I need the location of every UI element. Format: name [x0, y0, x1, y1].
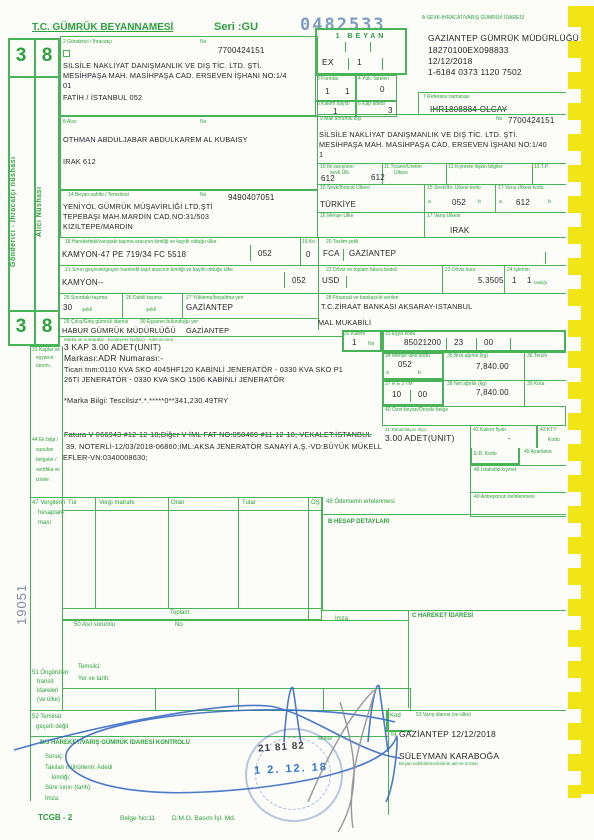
box25-value: 30	[63, 303, 72, 312]
box32-label2: No	[368, 342, 374, 348]
box31-line4: 26TI JENERATÖR - 0330 KVA SKO 1506 KABİN…	[64, 376, 284, 384]
box44-label1: 44 Ek bilgi /	[32, 438, 58, 444]
box9-line3: 1	[319, 151, 323, 159]
row21-topline	[60, 265, 566, 266]
box2-no-label: No	[200, 40, 206, 46]
box47-col-tutar: Tutar	[242, 500, 256, 507]
boxDJ-sonuc: Sonuç:	[45, 754, 64, 761]
box25-label: 25 Sınırdaki taşıma	[64, 296, 107, 302]
box18-country-div	[250, 245, 251, 261]
box42-value: -	[508, 434, 511, 443]
box33-div3	[510, 338, 511, 350]
box33-value1: 85021200	[404, 338, 441, 347]
copy-label-exporter: Gönderici - İhracatçı nüshası	[10, 86, 32, 338]
box41-value: 3.00 ADET(UNIT)	[385, 434, 455, 444]
box14-line3: KIZILTEPE/MARDİN	[63, 223, 133, 231]
boxA-label: A SEVK-İHRACAT/VARIŞ GÜMRÜK İDARESİ	[422, 16, 524, 22]
box14-line1: YENİYOL GÜMRÜK MÜŞAVİRLİĞİ LTD.ŞTİ	[63, 203, 213, 211]
box1-tick3	[348, 58, 349, 70]
box32-label1: 32 Kalem	[344, 332, 365, 338]
box27-value: GAZİANTEP	[186, 303, 233, 312]
box20-leftline	[318, 237, 319, 265]
row25-topline	[60, 293, 566, 294]
box47-headline	[62, 510, 322, 511]
box2-line1: SİLSİLE NAKLİYAT DANIŞMANLIK VE DIŞ TİC.…	[63, 62, 262, 70]
copy-label-consignee: Alıcı Nüshası	[36, 86, 58, 338]
boxC-label: C HAREKET İDARESİ	[412, 613, 473, 620]
box49-topline	[470, 492, 566, 493]
box9-label: 9 Mali sorumlu kişi	[320, 117, 361, 123]
box39-leftline	[524, 380, 525, 406]
box9-no-label: No	[496, 117, 502, 123]
row25-div1	[122, 293, 123, 318]
box3-value1: 1	[325, 87, 330, 96]
box30-value: GAZİANTEP	[186, 327, 229, 335]
box15a-b: b	[478, 200, 481, 206]
box6-label: 6 Kap adedi	[358, 102, 385, 108]
transit-div1	[155, 688, 156, 710]
box54-num: 54	[391, 733, 397, 739]
box47-label2: hesaplan-	[38, 510, 64, 517]
box19-leftline	[300, 237, 301, 265]
box15a-value: 052	[452, 198, 466, 207]
box21-country: 052	[292, 276, 306, 285]
box47-totalline	[62, 608, 322, 609]
boxEB-label: E.B. Kodu	[474, 452, 497, 458]
box18-label: 18 Hareketteki/varıştaki taşıma aracının…	[65, 240, 216, 246]
boxDJ-sure: Süre sınırı (tarih):	[45, 785, 92, 792]
box42-label: 42 Kalem fiyatı	[473, 428, 506, 434]
box51-label1: 51 Öngörülen	[32, 670, 68, 677]
box9-tax-no: 7700424151	[508, 116, 555, 125]
footer-printer: D.M.O. Basım İşl. Md.	[172, 815, 236, 822]
box32-value: 1	[352, 338, 357, 347]
box15-value: TÜRKİYE	[320, 200, 356, 209]
copy-number-8: 8	[34, 45, 60, 67]
box20-place: GAZİANTEP	[349, 249, 396, 258]
box34-b: b	[418, 371, 421, 377]
box27-label: 27 Yükleme/boşaltma yeri	[186, 296, 243, 302]
box54-leftline	[388, 708, 389, 815]
box31-line1: 3 KAP 3.00 ADET(UNIT)	[64, 343, 161, 353]
box7-value: IHR1808884-OLCAY	[430, 105, 507, 114]
box14-no: 9490407051	[228, 193, 275, 202]
box44-label4: sertifika ve	[36, 468, 60, 474]
box2-label: 2 Gönderici / İhracatçı	[63, 40, 112, 46]
box30-label: 30 Eşyanın bulunduğu yer	[140, 320, 198, 326]
box37-value2: 00	[418, 390, 427, 399]
box28-line2: MAL MUKABİLİ	[318, 319, 371, 327]
copy-number-3: 3	[8, 45, 34, 67]
box24-value2: 1	[527, 276, 532, 285]
boxA-office: GAZİANTEP GÜMRÜK MÜDÜRLÜĞÜ	[428, 34, 579, 44]
form-title: T.C. GÜMRÜK BEYANNAMESİ	[32, 22, 173, 33]
boxDJ-kimligi: kimliği:	[52, 775, 70, 782]
transit-right	[410, 688, 411, 710]
box15a-label: 15 Sevk/İhr. Ülkesi kodu	[427, 186, 481, 192]
box51-yer-tarih: Yer ve tarih:	[78, 676, 110, 683]
box8-line1: OTHMAN ABDULJABAR ABDULKAREM AL KUBAISY	[63, 136, 248, 144]
box1-code: 1	[357, 58, 362, 68]
box47-col-os: ÖŞ	[311, 500, 320, 507]
box33-label: 33 Eşya kodu	[385, 332, 415, 338]
box50-topline	[62, 620, 408, 621]
box2-checkbox	[63, 50, 70, 57]
box17a-b: b	[548, 200, 551, 206]
box1-tick2	[370, 42, 371, 52]
box2-line4: FATİH / İSTANBUL 052	[63, 94, 142, 102]
box17a-a: a	[499, 200, 502, 206]
box31-label2: eşyanın	[36, 356, 54, 362]
box47-total-label: Toplam:	[170, 610, 191, 617]
row15-div1	[424, 184, 425, 237]
box47-colline4	[308, 497, 309, 620]
box14-label: 14 Beyan sahibi / Temsilcisi	[68, 193, 129, 199]
box33-div2	[476, 338, 477, 350]
box15a-a: a	[428, 200, 431, 206]
box33-div1	[446, 338, 447, 350]
row25-div2	[182, 293, 183, 318]
box3-label: 3 Formlar	[317, 77, 338, 83]
box43-label: 43 KTY	[540, 428, 557, 434]
box21-country-div	[284, 272, 285, 288]
box47-colline1	[95, 497, 96, 608]
box40-label: 40 Özet beyan/Önceki belge	[385, 408, 448, 414]
box52-label1: 52 Teminat	[32, 714, 61, 721]
box17a-value: 612	[516, 198, 530, 207]
box7-topline	[418, 92, 566, 93]
boxB-leftline	[322, 497, 323, 610]
footer-form-code: TCGB - 2	[38, 814, 72, 823]
box37-div	[410, 390, 411, 402]
boxDJ-topline	[30, 736, 388, 737]
box52-label2: geçerli değil	[36, 724, 68, 731]
box34-value: 052	[398, 360, 412, 369]
box24-value1: 1	[512, 276, 517, 285]
box44-line3: EFLER-VN:0340008630;	[63, 454, 148, 462]
box54-place-date: GAZİANTEP 12/12/2018	[399, 730, 496, 740]
box33-value3: 00	[484, 338, 493, 347]
box2-line3: 01	[63, 82, 72, 90]
handwritten-margin-note: 19051	[14, 584, 29, 625]
transit-div3	[323, 688, 324, 710]
box47-colline2	[168, 497, 169, 608]
box31-line5: *Marka Bilgi: Tescilsiz*.*.*****0**341,2…	[64, 397, 228, 405]
box29-label: 29 Çıkış/Giriş gümrük idaresi	[64, 320, 128, 326]
boxDJ-muhur: Takılan mühürlerin: Adedi	[45, 765, 112, 772]
box20-tick	[545, 252, 546, 264]
box36-leftline	[524, 352, 525, 380]
box28-label: 28 Finansal ve bankacılık verileri	[326, 296, 399, 302]
box22-div	[346, 276, 347, 288]
box31-line3: Ticari tnm:0110 KVA SKO 4045HF120 KABİNL…	[64, 366, 343, 374]
box44-label3: belgeler /	[36, 458, 57, 464]
outer-leftline	[30, 346, 31, 801]
box17a-label: 17 Varış Ülkesi kodu	[498, 186, 543, 192]
box4-label: 4 Yük. listeleri	[358, 77, 389, 83]
box14-no-label: No	[200, 193, 206, 199]
box37-value1: 10	[392, 390, 401, 399]
box21-label: 21 Sınırı geçecek/geçen hareketli taşıt …	[65, 268, 233, 274]
box44-line2: 39. NOTERLİ-12/03/2018-06860;İML:AKSA JE…	[66, 443, 382, 451]
box26-label2: şekli	[146, 308, 156, 314]
customs-declaration-scan: T.C. GÜMRÜK BEYANNAMESİ Seri :GU 0482533…	[0, 0, 594, 840]
box1-label: 1 BEYAN	[315, 33, 407, 41]
copy-strip-line	[8, 76, 60, 78]
row52-topline	[30, 710, 566, 711]
box25-label2: şekli	[82, 308, 92, 314]
perforated-edge-strip	[568, 6, 594, 794]
row15-div2	[495, 184, 496, 212]
serial-prefix: Seri :GU	[214, 21, 258, 33]
box47-col-oran: Oran	[171, 500, 184, 507]
col46-leftline	[470, 448, 471, 516]
box24-label2: niteliği	[534, 281, 547, 286]
row10-topline	[318, 163, 566, 164]
box17-label: 17 Varış Ülkesi	[427, 214, 460, 220]
box23-value: 5.3505	[478, 276, 504, 285]
box1-tick4	[382, 58, 383, 70]
boxDJ-imza: İmza:	[45, 796, 60, 803]
copy2-number-3: 3	[8, 316, 34, 338]
box36-label: 36 Tercih	[527, 354, 547, 360]
box22-label: 22 Döviz ve toplam fatura bedeli	[326, 268, 397, 274]
box24-label: 24 İşlemin	[507, 268, 530, 274]
box47-col-tur: Tür	[68, 500, 77, 507]
box51-temsilci: Temsilci:	[78, 664, 101, 671]
box46-topline	[470, 465, 566, 466]
box49-label: 49 Antreponun belirlenmesi	[474, 495, 535, 501]
box18-country: 052	[258, 249, 272, 258]
box35-value: 7,840.00	[476, 362, 509, 371]
box4-value: 0	[380, 85, 385, 94]
box42-leftline	[470, 426, 471, 448]
box52-kod-label: Kod	[390, 713, 401, 720]
box22-currency: USD	[322, 276, 340, 285]
box13-label: 13 T.P.	[534, 165, 549, 171]
transit-topline	[62, 688, 410, 689]
box15-label: 15 Sevk/İhracat Ülkesi	[320, 186, 370, 192]
box47-colline3	[238, 497, 239, 608]
box34-a: a	[386, 371, 389, 377]
box20-term: FCA	[323, 249, 340, 258]
box3-value2: 1	[345, 87, 350, 96]
box21-value: KAMYON--	[62, 278, 104, 287]
box37-label: 37 R E J İ M	[385, 382, 413, 388]
boxA-date: 12/12/2018	[428, 57, 473, 67]
box23-label: 23 Döviz kuru	[445, 268, 476, 274]
boxB-label: B HESAP DETAYLARI	[328, 519, 390, 526]
box48-label: 48 Ödemenin ertelenmesi	[326, 499, 395, 506]
box11-value: 612	[371, 173, 385, 182]
row18-topline	[60, 237, 566, 238]
box45-label: 45 Ayarlama	[524, 450, 552, 456]
box34-label: 34 Menşe ülke kodu	[385, 354, 430, 360]
boxC-topline	[322, 610, 566, 611]
box54-sub-label: Beyan sahibi/temsilcisinin adı ve imzası	[399, 762, 478, 767]
box31-label1: 31 Kaplar ve	[32, 348, 60, 354]
box50-imza-label: İmza:	[335, 616, 350, 623]
box35-label: 35 Brüt ağırlık (kg)	[447, 354, 488, 360]
box17-value: IRAK	[450, 226, 469, 235]
box23-leftline	[442, 265, 443, 293]
box8-no-label: No	[200, 120, 206, 126]
box43-label2: Kodu	[548, 438, 560, 444]
box38-label: 38 Net ağırlık (kg)	[447, 382, 487, 388]
box51-label3: idareleri	[37, 688, 58, 695]
box2-line2: MESİHPAŞA MAH. MASİHPAŞA CAD. ERSEVEN İŞ…	[63, 72, 287, 80]
box33-value2: 23	[454, 338, 463, 347]
box9-line1: SİLSİLE NAKLİYAT DANIŞMANLIK VE DIŞ TİC.…	[319, 131, 518, 139]
row10-div3	[532, 163, 533, 184]
box22-leftline	[318, 265, 319, 293]
box31-line2: Markası:ADR Numarası:-	[64, 354, 163, 364]
box18-value: KAMYON-47 PE 719/34 FC 5518	[62, 250, 186, 259]
box24-leftline	[504, 265, 505, 293]
boxDJ-label: D/J HAREKET/VARIŞ GÜMRÜK İDARESİ KONTROL…	[40, 740, 190, 747]
box47-label3: ması	[38, 520, 51, 527]
box28-line1: T.C.ZİRAAT BANKASI AKSARAY-ISTANBUL	[321, 303, 472, 311]
box9-line2: MESİHPAŞA MAH. MASİHPAŞA CAD. ERSEVEN İŞ…	[319, 141, 547, 149]
box9-topline	[318, 114, 566, 115]
copy2-number-8: 8	[34, 316, 60, 338]
box44-label2: sunulan	[36, 448, 54, 454]
box46-label: 46 İstatistiki kıymet	[474, 468, 516, 474]
box8	[60, 116, 318, 190]
box53-label: 53 Varış idaresi (ve ülke)	[416, 713, 471, 719]
box20-label: 20 Teslim şekli	[326, 240, 358, 246]
box8-line2: IRAK 612	[63, 158, 96, 166]
box12-label: 12 Kıymete ilişkin bilgiler	[448, 165, 503, 171]
box19-label: 19 Kn.	[302, 240, 316, 246]
box26-label: 26 Dahili taşıma	[126, 296, 162, 302]
box10-value: 612	[321, 174, 335, 183]
box44-line1: Fatura V 066943 #12-12-18;Diğer V İML FA…	[64, 431, 372, 439]
box47-label1: 47 Vergilerin	[32, 500, 65, 507]
box14-line2: TEPEBAŞI MAH.MARDİN CAD.NO:31/503	[63, 213, 209, 221]
box29-value: HABUR GÜMRÜK MÜDÜRLÜĞÜ	[62, 327, 176, 335]
box49-bottomline	[470, 516, 566, 517]
box50-no-label: No	[175, 622, 183, 629]
box7-label: 7 Referans numarası	[423, 95, 470, 101]
box44-label5: izinler	[36, 478, 49, 484]
box47-table	[62, 497, 322, 620]
box31-label3: tanımı	[36, 364, 50, 370]
box11-label2: Ülkesi	[394, 171, 408, 177]
box16-label: 16 Menşe Ülke	[320, 214, 353, 220]
boxB-topline	[322, 514, 566, 515]
box8-label: 8 Alıcı	[63, 120, 77, 126]
box43-leftline	[536, 426, 538, 448]
box51-label2: transit	[37, 679, 53, 686]
box50-label: 50 Asıl sorumlu	[74, 622, 115, 629]
row10-div2	[446, 163, 447, 184]
box39-label: 39 Kota	[527, 382, 544, 388]
box7-leftline	[418, 92, 419, 114]
transit-div2	[238, 688, 239, 710]
footer-belge-no: Belge No:11	[120, 815, 155, 822]
box1-tick1	[345, 42, 346, 52]
boxA-ref: 1-6184 0373 1120 7502	[428, 68, 522, 78]
boxA-registration: 18270100EX098833	[428, 46, 509, 56]
boxC-leftline	[408, 610, 409, 708]
box2-tax-no: 7700424151	[218, 46, 265, 55]
box38-value: 7,840.00	[476, 388, 509, 397]
box47-col-matrah: Vergi matrahı	[99, 500, 135, 507]
box19-value: 0	[306, 250, 311, 259]
box51-label4: (ve ülke)	[37, 697, 60, 704]
transit-left	[62, 688, 63, 710]
box20-div	[343, 249, 344, 261]
box1-type: EX	[322, 58, 334, 68]
